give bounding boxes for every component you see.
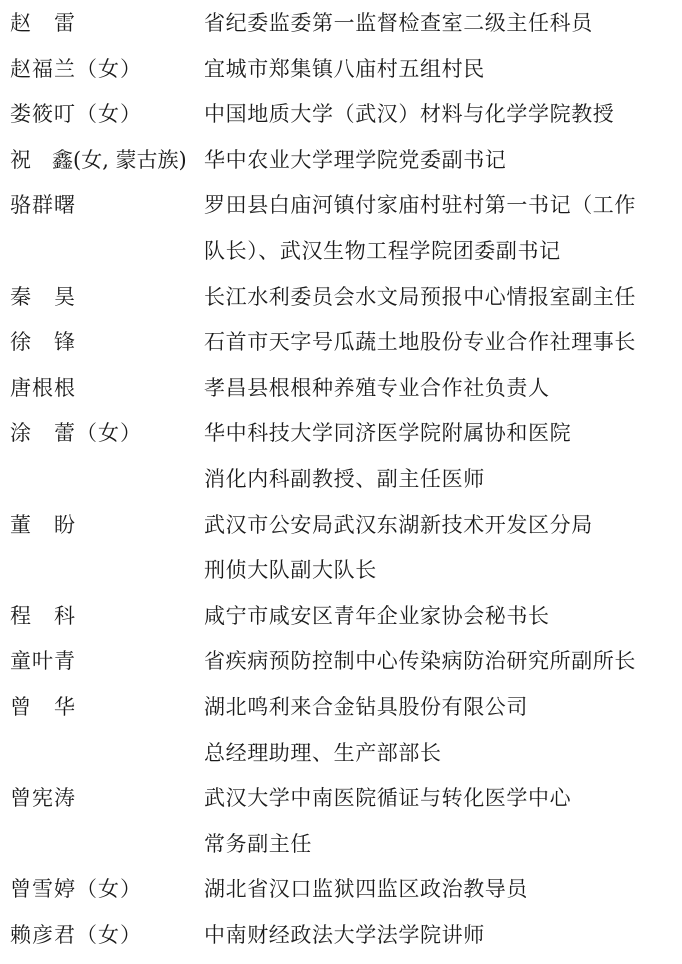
person-title: 罗田县白庙河镇付家庙村驻村第一书记（工作 [204,183,636,229]
list-item: 秦 昊 长江水利委员会水文局预报中心情报室副主任 [0,275,682,321]
person-title-continued: 总经理助理、生产部部长 [204,731,442,777]
person-title: 湖北省汉口监狱四监区政治教导员 [204,867,528,913]
list-item: 唐根根 孝昌县根根种养殖专业合作社负责人 [0,366,682,412]
person-name: 娄筱叮（女） [10,92,142,138]
person-title-continued: 刑侦大队副大队长 [204,548,377,594]
list-item: 涂 蕾（女） 华中科技大学同济医学院附属协和医院 [0,411,682,457]
person-title: 石首市天字号瓜蔬土地股份专业合作社理事长 [204,320,636,366]
person-title: 中国地质大学（武汉）材料与化学学院教授 [204,92,614,138]
list-item: 骆群曙 罗田县白庙河镇付家庙村驻村第一书记（工作 [0,183,682,229]
list-item: 曾雪婷（女） 湖北省汉口监狱四监区政治教导员 [0,867,682,913]
person-name: 曾雪婷（女） [10,867,142,913]
person-title: 省疾病预防控制中心传染病防治研究所副所长 [204,639,636,685]
person-name: 董 盼 [10,503,76,549]
name-list-document: 赵 雷 省纪委监委第一监督检查室二级主任科员 赵福兰（女） 宜城市郑集镇八庙村五… [0,1,682,958]
list-item: 赖彦君（女） 中南财经政法大学法学院讲师 [0,913,682,959]
list-item: 赵福兰（女） 宜城市郑集镇八庙村五组村民 [0,47,682,93]
person-name: 程 科 [10,594,76,640]
person-name: 祝 鑫(女, 蒙古族) [10,138,187,184]
list-item-continuation: 总经理助理、生产部部长 [0,731,682,777]
person-title: 武汉大学中南医院循证与转化医学中心 [204,776,571,822]
person-title-continued: 消化内科副教授、副主任医师 [204,457,485,503]
person-title: 长江水利委员会水文局预报中心情报室副主任 [204,275,636,321]
list-item: 董 盼 武汉市公安局武汉东湖新技术开发区分局 [0,503,682,549]
list-item-continuation: 队长）、武汉生物工程学院团委副书记 [0,229,682,275]
person-name: 秦 昊 [10,275,76,321]
person-title: 华中农业大学理学院党委副书记 [204,138,506,184]
list-item: 童叶青 省疾病预防控制中心传染病防治研究所副所长 [0,639,682,685]
list-item-continuation: 常务副主任 [0,822,682,868]
person-name: 赵福兰（女） [10,47,142,93]
person-title: 孝昌县根根种养殖专业合作社负责人 [204,366,550,412]
list-item: 赵 雷 省纪委监委第一监督检查室二级主任科员 [0,1,682,47]
list-item-continuation: 刑侦大队副大队长 [0,548,682,594]
list-item: 徐 锋 石首市天字号瓜蔬土地股份专业合作社理事长 [0,320,682,366]
person-name: 徐 锋 [10,320,76,366]
person-title-continued: 常务副主任 [204,822,312,868]
list-item: 祝 鑫(女, 蒙古族) 华中农业大学理学院党委副书记 [0,138,682,184]
list-item: 曾 华 湖北鸣利来合金钻具股份有限公司 [0,685,682,731]
person-title: 湖北鸣利来合金钻具股份有限公司 [204,685,528,731]
list-item: 程 科 咸宁市咸安区青年企业家协会秘书长 [0,594,682,640]
person-name: 童叶青 [10,639,76,685]
person-title: 省纪委监委第一监督检查室二级主任科员 [204,1,593,47]
person-title: 中南财经政法大学法学院讲师 [204,913,485,959]
person-title: 武汉市公安局武汉东湖新技术开发区分局 [204,503,593,549]
person-name: 涂 蕾（女） [10,411,142,457]
person-name: 骆群曙 [10,183,76,229]
person-name: 曾宪涛 [10,776,76,822]
list-item: 曾宪涛 武汉大学中南医院循证与转化医学中心 [0,776,682,822]
person-title-continued: 队长）、武汉生物工程学院团委副书记 [204,229,561,275]
list-item-continuation: 消化内科副教授、副主任医师 [0,457,682,503]
list-item: 娄筱叮（女） 中国地质大学（武汉）材料与化学学院教授 [0,92,682,138]
person-title: 华中科技大学同济医学院附属协和医院 [204,411,571,457]
person-name: 赵 雷 [10,1,76,47]
person-name: 曾 华 [10,685,76,731]
person-name: 赖彦君（女） [10,913,142,959]
person-title: 宜城市郑集镇八庙村五组村民 [204,47,485,93]
person-title: 咸宁市咸安区青年企业家协会秘书长 [204,594,550,640]
person-name: 唐根根 [10,366,76,412]
